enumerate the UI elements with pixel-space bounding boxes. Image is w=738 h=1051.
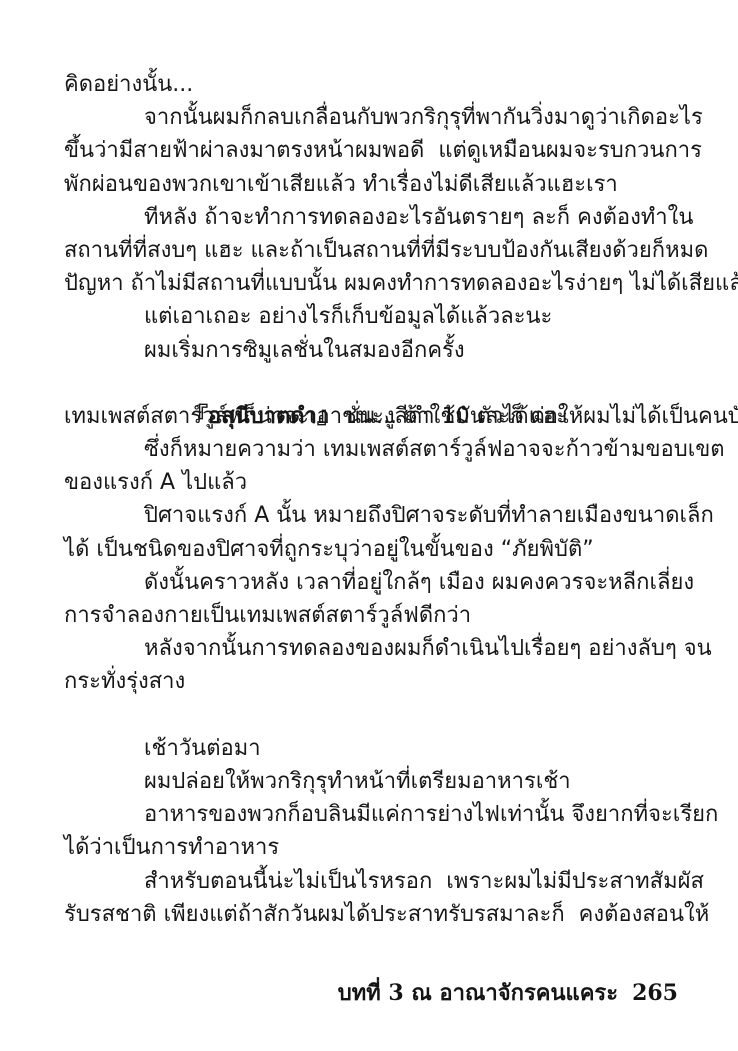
- text-line: อาหารของพวกก็อบลินมีแค่การย่างไฟเท่านั้น…: [64, 798, 678, 831]
- book-page: คิดอย่างนั้น... จากนั้นผมก็กลบเกลื่อนกับ…: [0, 0, 738, 1051]
- text-line: ได้ว่าเป็นการทำอาหาร: [64, 831, 678, 864]
- text-line: ปิศาจแรงก์ A นั้น หมายถึงปิศาจระดับที่ทำ…: [64, 499, 678, 532]
- text-line: ได้ เป็นชนิดของปิศาจที่ถูกระบุว่าอยู่ในข…: [64, 533, 678, 566]
- text-line: เช้าวันต่อมา: [64, 732, 678, 765]
- text-line: พักผ่อนของพวกเขาเข้าเสียแล้ว ทำเรื่องไม่…: [64, 168, 678, 201]
- text-line: ดังนั้นคราวหลัง เวลาที่อยู่ใกล้ๆ เมือง ผ…: [64, 566, 678, 599]
- text-line: ผมเริ่มการซิมูเลชั่นในสมองอีกครั้ง: [64, 334, 678, 367]
- text-line: จากนั้นผมก็กลบเกลื่อนกับพวกริกุรุที่พากั…: [64, 101, 678, 134]
- text-line: กระทั่งรุ่งสาง: [64, 665, 678, 698]
- text-line: ทีหลัง ถ้าจะทำการทดลองอะไรอันตรายๆ ละก็ …: [64, 201, 678, 234]
- text-line: ขึ้นว่ามีสายฟ้าผ่าลงมาตรงหน้าผมพอดี แต่ด…: [64, 134, 678, 167]
- text-line: ของแรงก์ A ไปแล้ว: [64, 466, 678, 499]
- text-line: ปัญหา ถ้าไม่มีสถานที่แบบนั้น ผมคงทำการทด…: [64, 267, 678, 300]
- chapter-footer: บทที่ 3 ณ อาณาจักรคนแคระ265: [64, 949, 678, 1036]
- body-text: คิดอย่างนั้น... จากนั้นผมก็กลบเกลื่อนกับ…: [64, 68, 678, 931]
- text-line: หลังจากนั้นการทดลองของผมก็ดำเนินไปเรื่อย…: [64, 632, 678, 665]
- text-line: ซึ่งก็หมายความว่า เทมเพสต์สตาร์วูล์ฟอาจจ…: [64, 433, 678, 466]
- text-line: แต่เอาเถอะ อย่างไรก็เก็บข้อมูลได้แล้วละน…: [64, 300, 678, 333]
- text-line: สำหรับตอนนี้น่ะไม่เป็นไรหรอก เพราะผมไม่ม…: [64, 865, 678, 898]
- text-line: 『อสุนีบาตดำ』 นั่น... ถ้าใช้มันละก็ ต่อให…: [64, 367, 678, 400]
- chapter-title: บทที่ 3 ณ อาณาจักรคนแคระ: [338, 980, 618, 1006]
- text-line: รับรสชาติ เพียงแต่ถ้าสักวันผมได้ประสาทรั…: [64, 898, 678, 931]
- text-line: การจำลองกายเป็นเทมเพสต์สตาร์วูล์ฟดีกว่า: [64, 599, 678, 632]
- page-number: 265: [632, 980, 678, 1006]
- text-line: ผมปล่อยให้พวกริกุรุทำหน้าที่เตรียมอาหารเ…: [64, 765, 678, 798]
- text-line: คิดอย่างนั้น...: [64, 68, 678, 101]
- text-line: สถานที่ที่สงบๆ แฮะ และถ้าเป็นสถานที่ที่ม…: [64, 234, 678, 267]
